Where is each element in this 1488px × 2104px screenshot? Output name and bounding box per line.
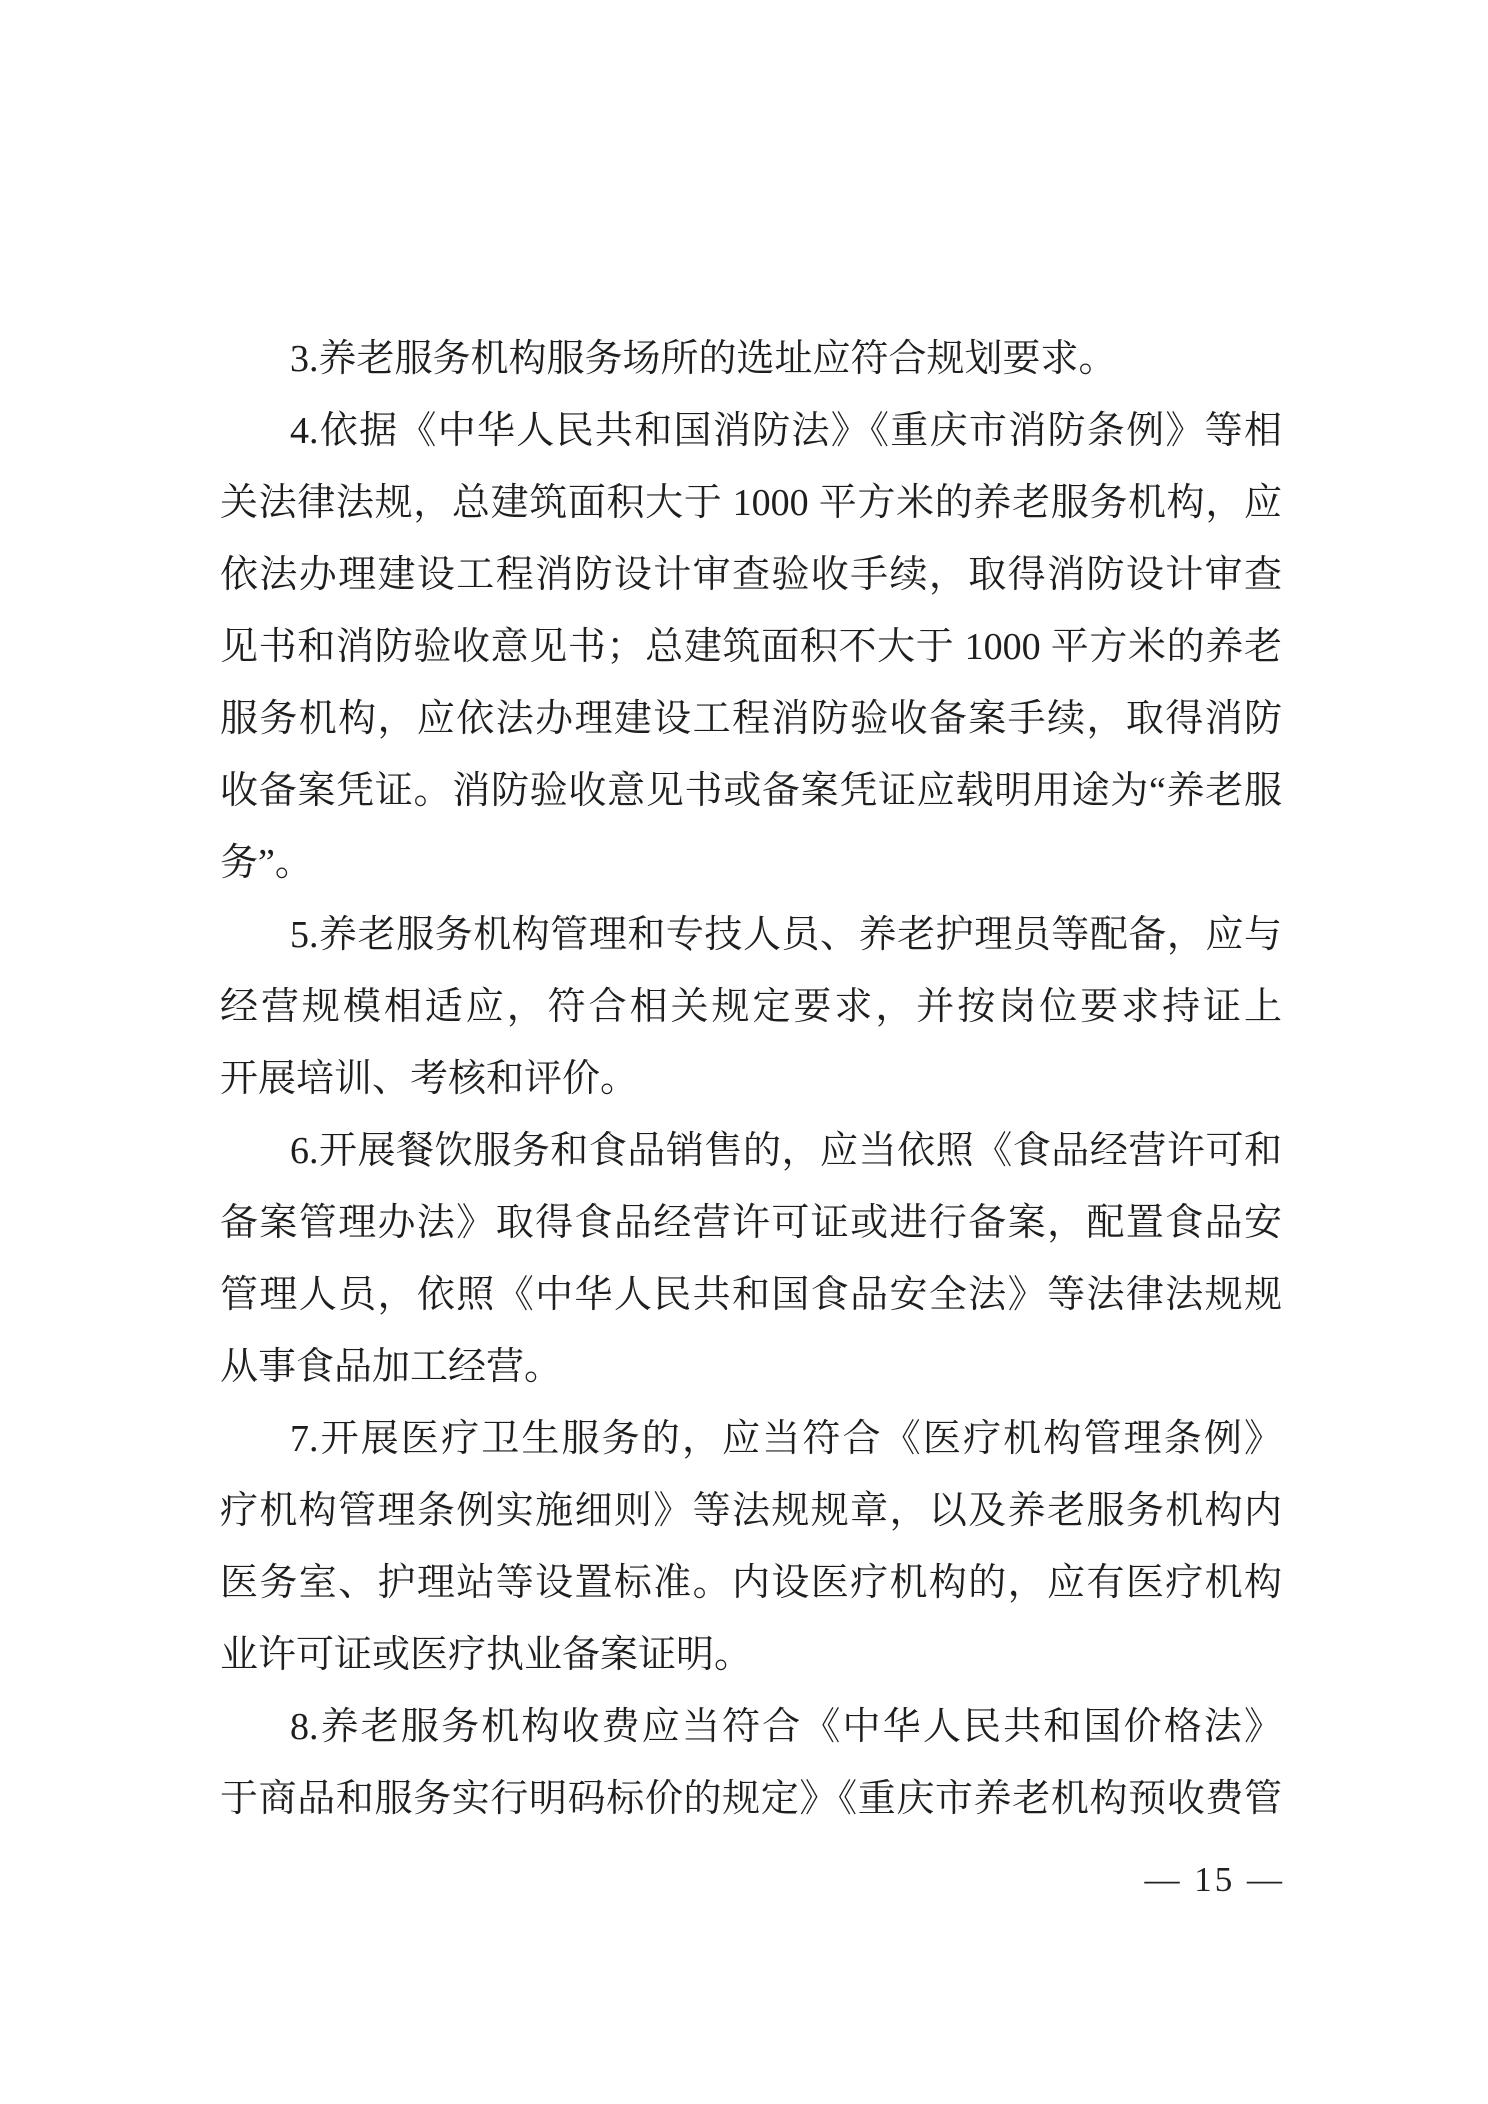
text-block: 3.养老服务机构服务场所的选址应符合规划要求。 4.依据《中华人民共和国消防法》… bbox=[220, 323, 1282, 1835]
body-line-21: 于商品和服务实行明码标价的规定》《重庆市养老机构预收费管 bbox=[220, 1763, 1282, 1835]
body-line-16: 7.开展医疗卫生服务的，应当符合《医疗机构管理条例》《医 bbox=[220, 1403, 1282, 1475]
body-line-5: 见书和消防验收意见书；总建筑面积不大于 1000 平方米的养老 bbox=[220, 611, 1282, 683]
document-page: 3.养老服务机构服务场所的选址应符合规划要求。 4.依据《中华人民共和国消防法》… bbox=[0, 0, 1488, 2104]
body-line-1: 3.养老服务机构服务场所的选址应符合规划要求。 bbox=[220, 323, 1282, 395]
body-line-13: 备案管理办法》取得食品经营许可证或进行备案，配置食品安全 bbox=[220, 1187, 1282, 1259]
body-line-4: 依法办理建设工程消防设计审查验收手续，取得消防设计审查意 bbox=[220, 539, 1282, 611]
body-line-3: 关法律法规，总建筑面积大于 1000 平方米的养老服务机构，应 bbox=[220, 467, 1282, 539]
body-line-6: 服务机构，应依法办理建设工程消防验收备案手续，取得消防验 bbox=[220, 683, 1282, 755]
body-line-12: 6.开展餐饮服务和食品销售的，应当依照《食品经营许可和 bbox=[220, 1115, 1282, 1187]
body-line-17: 疗机构管理条例实施细则》等法规规章，以及养老服务机构内设 bbox=[220, 1475, 1282, 1547]
body-line-2: 4.依据《中华人民共和国消防法》《重庆市消防条例》等相 bbox=[220, 395, 1282, 467]
body-line-14: 管理人员，依照《中华人民共和国食品安全法》等法律法规规章 bbox=[220, 1259, 1282, 1331]
body-line-15: 从事食品加工经营。 bbox=[220, 1331, 1282, 1403]
body-line-10: 经营规模相适应，符合相关规定要求，并按岗位要求持证上岗， bbox=[220, 971, 1282, 1043]
body-line-9: 5.养老服务机构管理和专技人员、养老护理员等配备，应与 bbox=[220, 899, 1282, 971]
body-line-11: 开展培训、考核和评价。 bbox=[220, 1043, 1282, 1115]
body-line-19: 业许可证或医疗执业备案证明。 bbox=[220, 1619, 1282, 1691]
page-number: — 15 — bbox=[1145, 1856, 1286, 1904]
body-line-18: 医务室、护理站等设置标准。内设医疗机构的，应有医疗机构执 bbox=[220, 1547, 1282, 1619]
body-line-20: 8.养老服务机构收费应当符合《中华人民共和国价格法》《关 bbox=[220, 1691, 1282, 1763]
body-line-7: 收备案凭证。消防验收意见书或备案凭证应载明用途为“养老服 bbox=[220, 755, 1282, 827]
body-line-8: 务”。 bbox=[220, 827, 1282, 899]
